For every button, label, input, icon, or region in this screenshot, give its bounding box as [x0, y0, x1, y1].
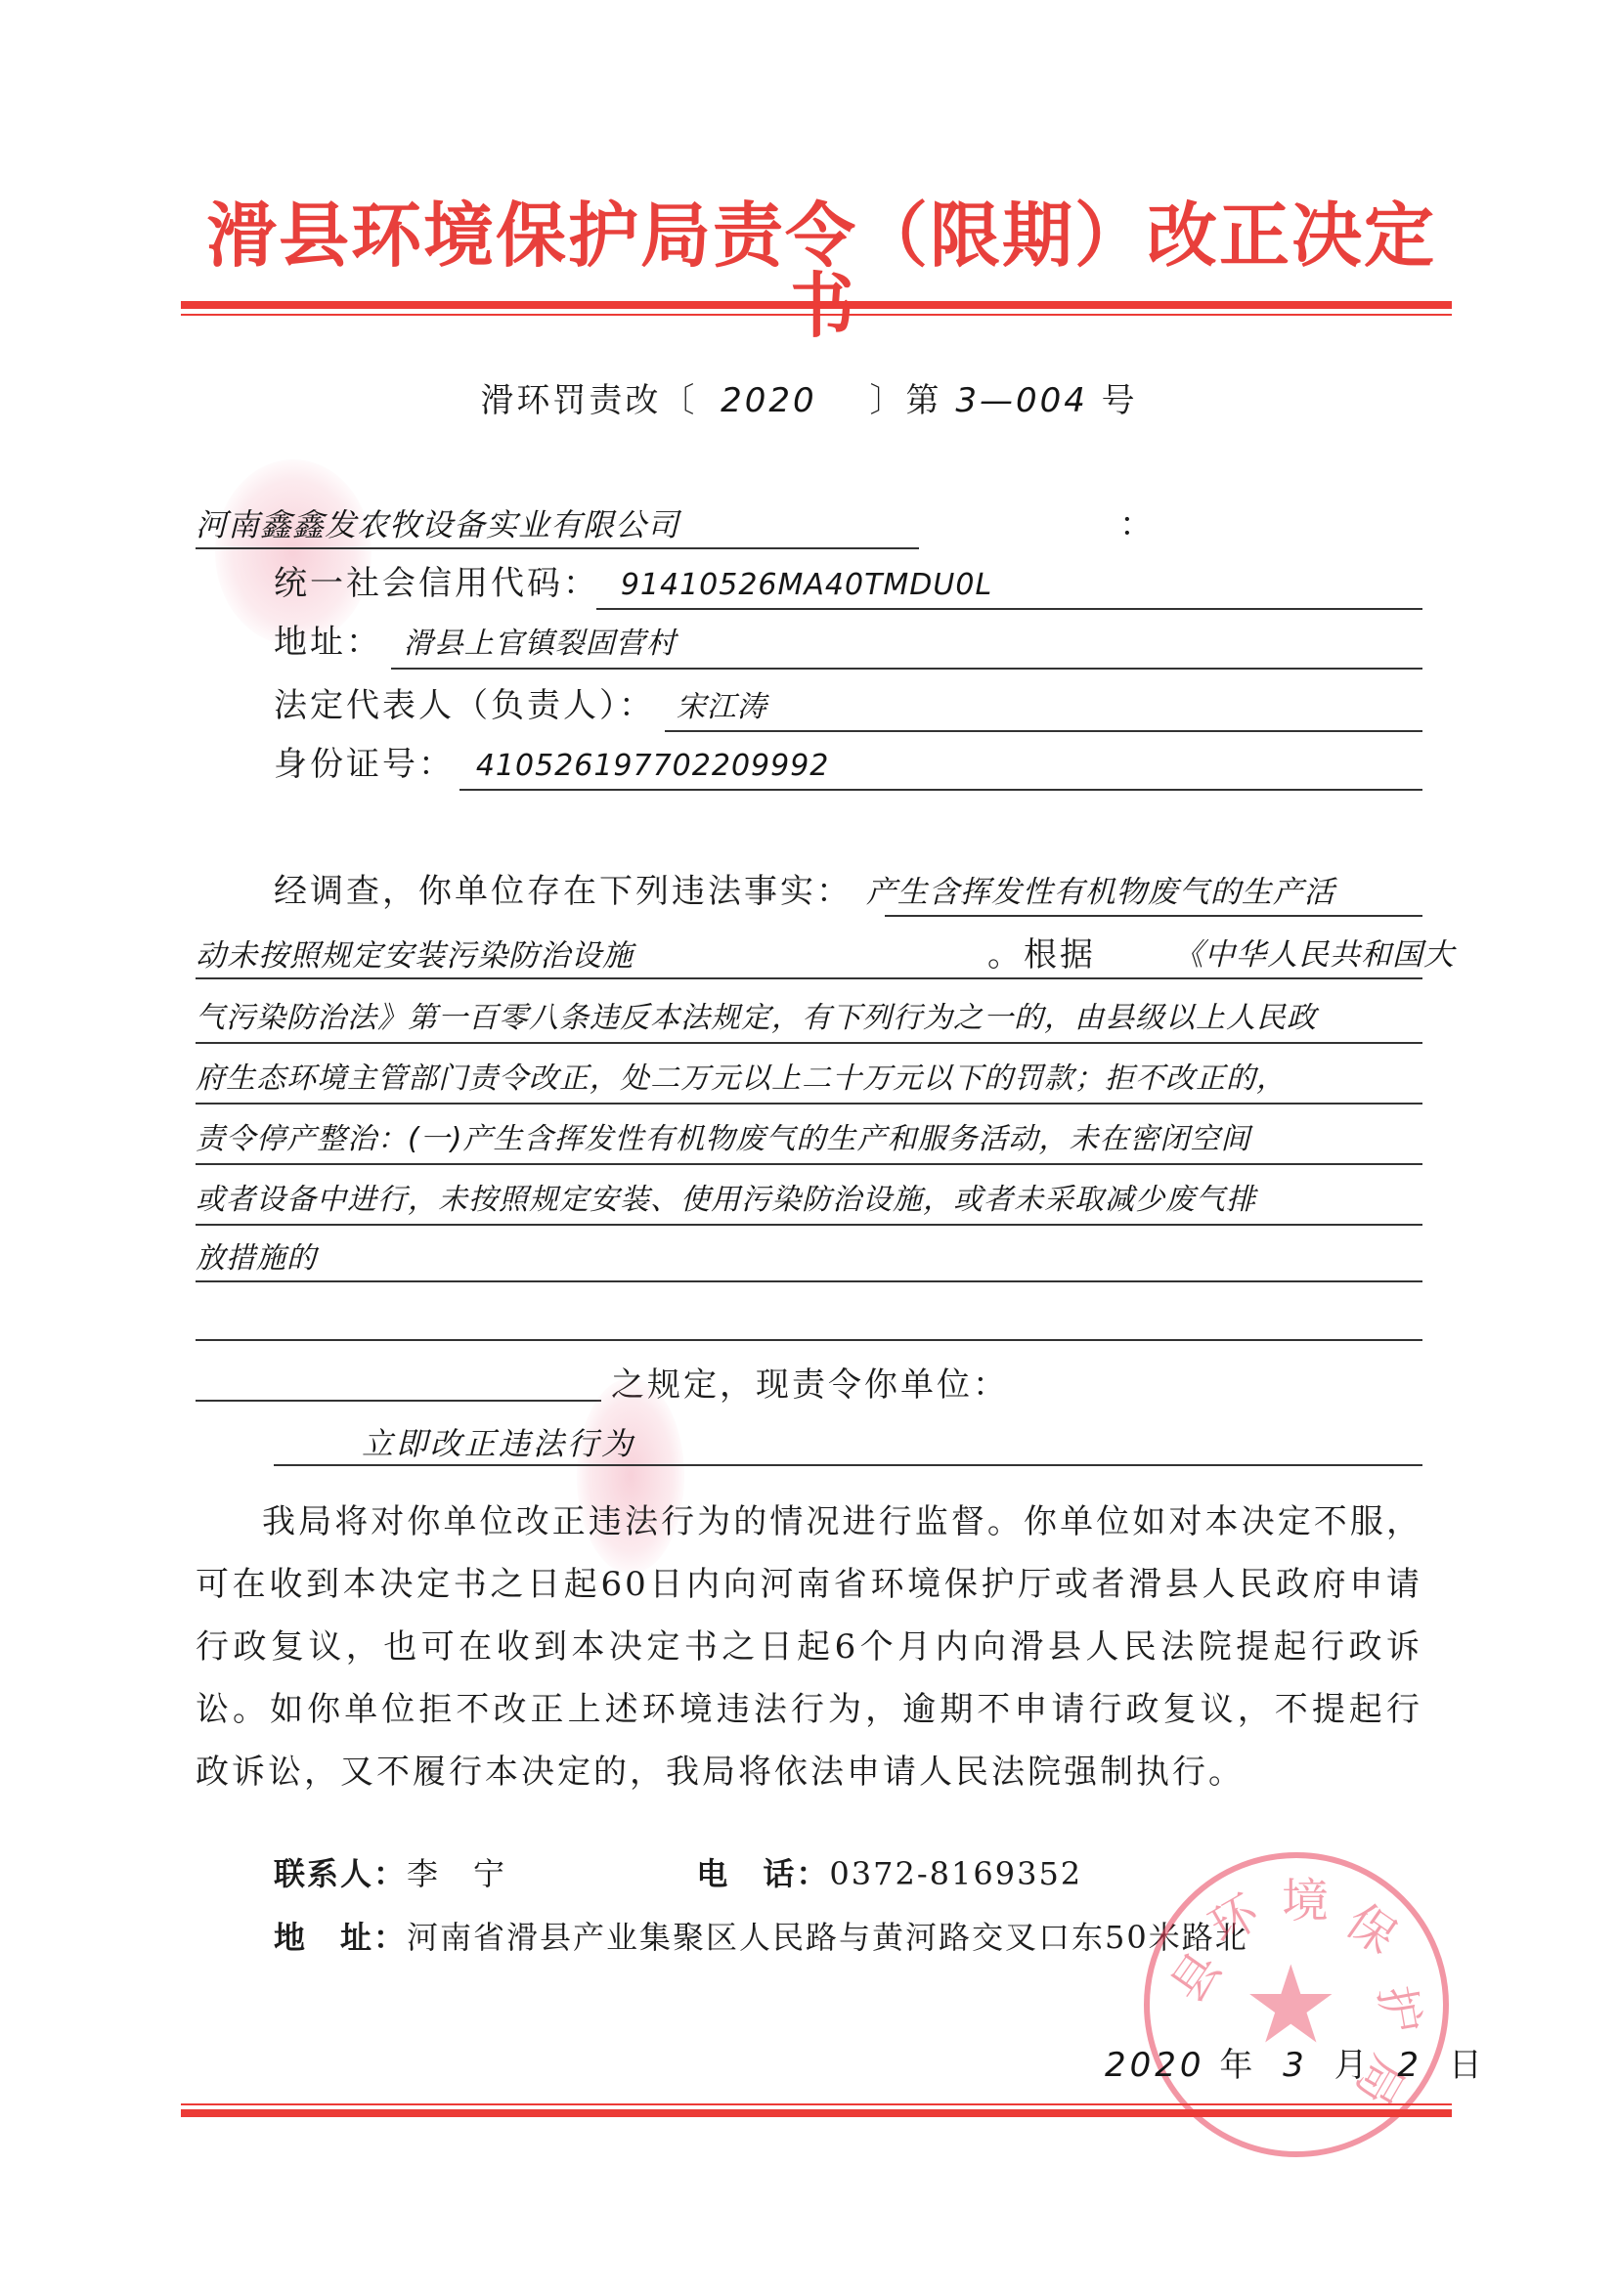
legal-rep-row: 法定代表人（负责人）： 宋江涛: [274, 684, 1501, 729]
fingerprint-mark: [215, 459, 372, 645]
company-name: 河南鑫鑫发农牧设备实业有限公司: [196, 503, 679, 546]
address-label: 地址：: [274, 621, 382, 664]
decision-document: 滑县环境保护局责令（限期）改正决定书 滑环罚责改〔 2020 〕第 3—004 …: [0, 0, 1618, 2296]
footer-divider-thin: [181, 2103, 1452, 2105]
basis-label: 。根据: [987, 933, 1096, 976]
facts-underline-2: [196, 977, 983, 979]
basis-underline-0: [978, 977, 1422, 979]
contact-phone: 0372-8169352: [829, 1855, 1082, 1892]
basis-line0: 《中华人民共和国大: [1173, 933, 1455, 976]
notice-paragraph: 我局将对你单位改正违法行为的情况进行监督。你单位如对本决定不服，可在收到本决定书…: [196, 1491, 1422, 1803]
credit-code-value: 91410526MA40TMDU0L: [621, 564, 992, 607]
credit-code-label: 统一社会信用代码：: [274, 562, 599, 605]
seal-char: 境: [1282, 1863, 1329, 1930]
address-underline: [391, 668, 1422, 670]
date-year-unit: 年: [1219, 2046, 1256, 2085]
violation-facts-line2: 动未按照规定安装污染防治设施: [196, 938, 634, 974]
date-day-unit: 日: [1449, 2046, 1486, 2085]
basis-line-2: 府生态环境主管部门责令改正，处二万元以上二十万元以下的罚款；拒不改正的，: [196, 1058, 1422, 1101]
date-day: 2: [1397, 2046, 1422, 2085]
seal-char: 护: [1366, 1980, 1440, 2038]
date-month-unit: 月: [1334, 2046, 1372, 2085]
legal-rep-value: 宋江涛: [677, 686, 767, 729]
violation-intro: 经调查，你单位存在下列违法事实：: [274, 872, 853, 911]
header-divider-thick: [181, 301, 1452, 309]
document-title: 滑县环境保护局责令（限期）改正决定书: [186, 200, 1457, 341]
recipient-company-row: 河南鑫鑫发农牧设备实业有限公司 ：: [196, 503, 1422, 546]
legal-rep-underline: [665, 730, 1422, 732]
violation-facts-line1: 产生含挥发性有机物废气的生产活: [866, 875, 1335, 910]
legal-rep-label: 法定代表人（负责人）：: [274, 684, 655, 727]
order-label-row: 之规定，现责令你单位：: [611, 1364, 1618, 1407]
basis-underline-2: [196, 1103, 1422, 1105]
contact-address-row: 地 址：河南省滑县产业集聚区人民路与黄河路交叉口东50米路北: [274, 1916, 1248, 1959]
order-label: 之规定，现责令你单位：: [611, 1365, 1009, 1405]
date-month: 3: [1283, 2046, 1308, 2085]
blank-underline: [196, 1339, 1422, 1341]
header-divider-thin: [181, 314, 1452, 316]
violation-intro-row: 经调查，你单位存在下列违法事实： 产生含挥发性有机物废气的生产活: [274, 870, 1501, 914]
docno-number: 3—004: [955, 381, 1088, 420]
docno-suffix: 号: [1102, 381, 1138, 420]
order-value: 立即改正违法行为: [362, 1422, 1589, 1465]
id-label: 身份证号：: [274, 743, 455, 786]
company-underline: [196, 547, 919, 549]
order-underline: [274, 1464, 1422, 1466]
id-number-value: 410526197702209992: [476, 745, 830, 788]
basis-line-1: 气污染防治法》第一百零八条违反本法规定，有下列行为之一的，由县级以上人民政: [196, 997, 1422, 1040]
docno-prefix: 滑环罚责改〔: [480, 381, 697, 420]
basis-line-3: 责令停产整治：(一)产生含挥发性有机物废气的生产和服务活动，未在密闭空间: [196, 1118, 1422, 1161]
basis-underline-1: [196, 1042, 1422, 1044]
docno-year: 2020: [721, 381, 817, 420]
document-number: 滑环罚责改〔 2020 〕第 3—004 号: [0, 381, 1618, 420]
seal-char: 保: [1335, 1884, 1413, 1967]
docno-middle: 〕第: [870, 381, 942, 420]
id-number-row: 身份证号： 410526197702209992: [274, 743, 1501, 788]
credit-code-row: 统一社会信用代码： 91410526MA40TMDU0L: [274, 562, 1501, 607]
violation-facts-row2: 动未按照规定安装污染防治设施 。根据 《中华人民共和国大: [196, 933, 1422, 977]
address-value: 滑县上官镇裂固营村: [404, 623, 677, 666]
id-underline: [459, 789, 1422, 791]
contact-address: 河南省滑县产业集聚区人民路与黄河路交叉口东50米路北: [407, 1919, 1248, 1956]
notice-text: 我局将对你单位改正违法行为的情况进行监督。你单位如对本决定不服，可在收到本决定书…: [196, 1491, 1422, 1803]
order-blank-underline: [196, 1400, 601, 1402]
basis-underline-5: [196, 1280, 1422, 1282]
basis-underline-3: [196, 1163, 1422, 1165]
contact-person-label: 联系人：: [274, 1855, 407, 1892]
basis-line-5: 放措施的: [196, 1237, 1422, 1280]
facts-underline-1: [885, 915, 1422, 917]
date-year: 2020: [1105, 2046, 1205, 2085]
contact-address-label: 地 址：: [274, 1919, 407, 1956]
address-row: 地址： 滑县上官镇裂固营村: [274, 621, 1501, 666]
issue-date: 2020 年 3 月 2 日: [1105, 2038, 1486, 2086]
company-colon: ：: [1119, 503, 1156, 546]
contact-row: 联系人：李 宁 电 话：0372-8169352: [274, 1852, 1082, 1895]
basis-line-4: 或者设备中进行，未按照规定安装、使用污染防治设施，或者未采取减少废气排: [196, 1179, 1422, 1222]
basis-underline-4: [196, 1224, 1422, 1226]
contact-person: 李 宁: [407, 1855, 506, 1892]
contact-phone-label: 电 话：: [696, 1855, 829, 1892]
credit-code-underline: [596, 608, 1422, 610]
footer-divider-thick: [181, 2109, 1452, 2117]
